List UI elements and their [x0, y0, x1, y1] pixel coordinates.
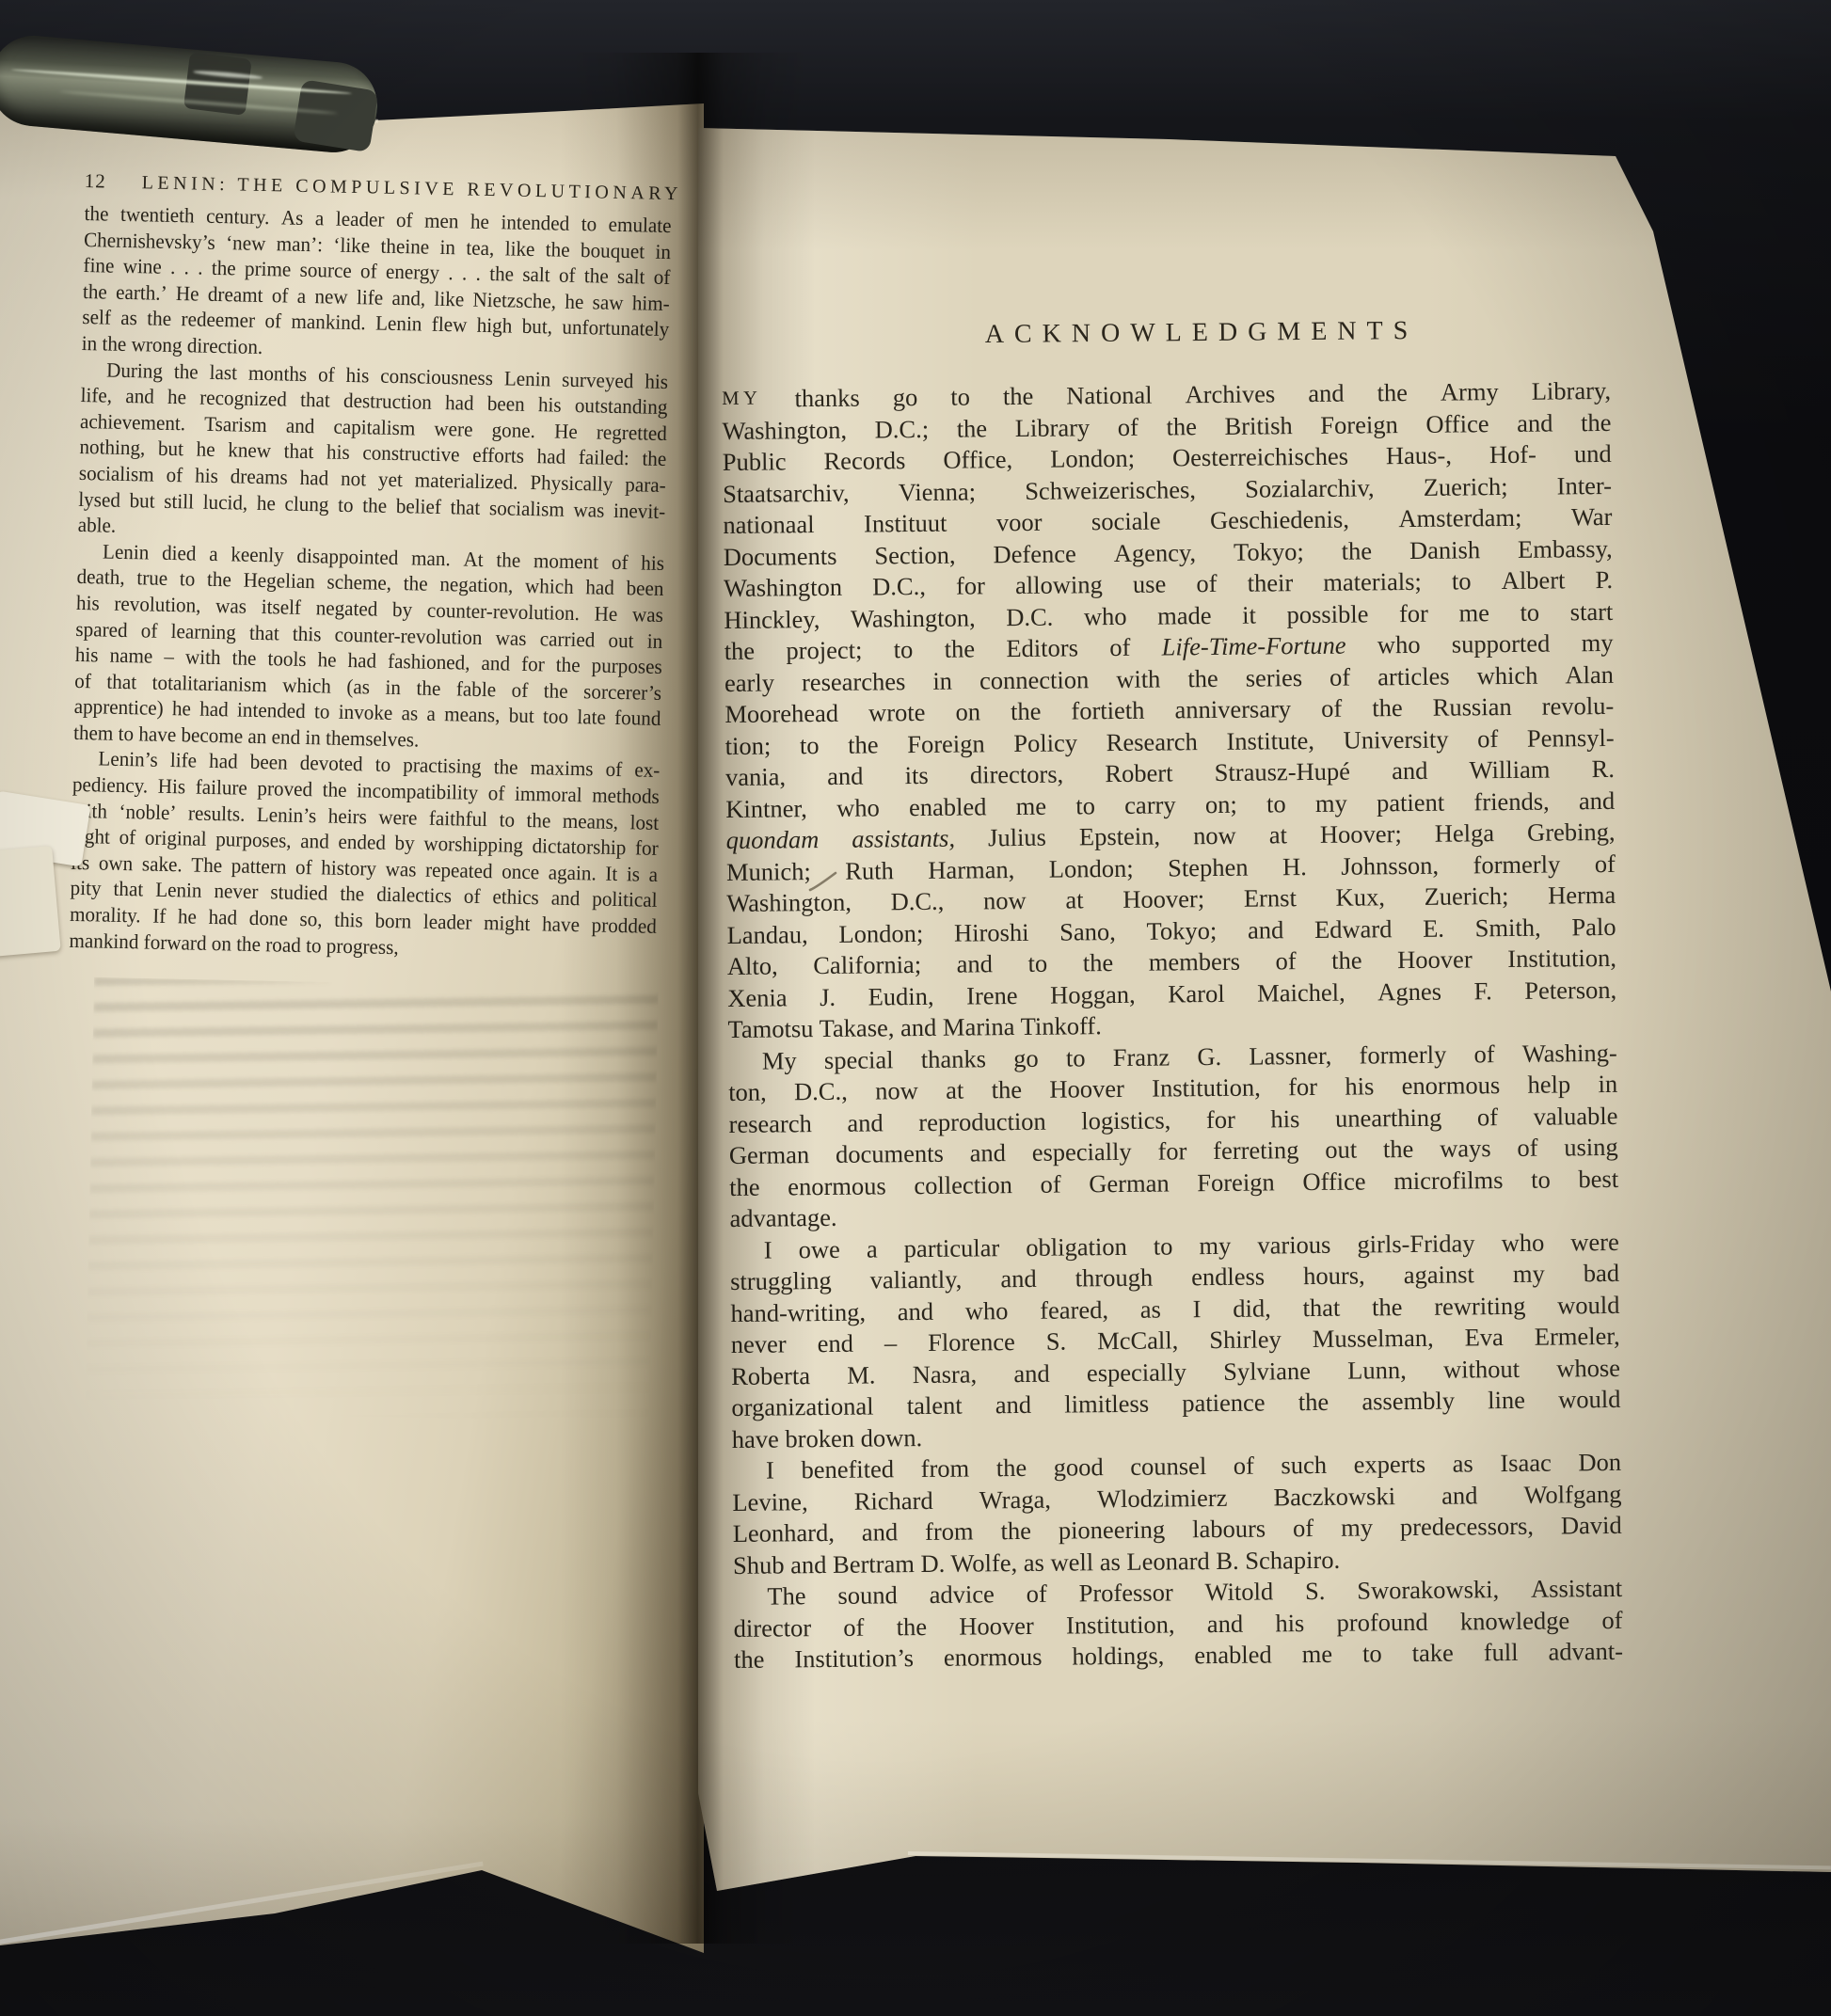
word: David [1561, 1510, 1622, 1542]
word: the [991, 1074, 1022, 1106]
word: Don [1578, 1447, 1621, 1479]
word: Grebing, [1527, 817, 1616, 849]
word: redeemer [181, 307, 255, 334]
word: Office [1302, 1166, 1366, 1198]
word: At [463, 546, 484, 572]
word: Leonard [1126, 1547, 1210, 1576]
word: members [1149, 946, 1240, 978]
word: experts [1353, 1449, 1425, 1481]
word: Musselman, [1313, 1323, 1434, 1356]
word: of [1595, 848, 1616, 880]
word: the [496, 547, 520, 573]
word: progress, [326, 933, 399, 959]
word: research [728, 1108, 812, 1140]
word: counter-revolution. [427, 597, 581, 627]
word: this [334, 907, 363, 933]
word: Zuerich; [1424, 470, 1508, 502]
word: my [1341, 1512, 1373, 1544]
word: D.C.; [875, 413, 930, 445]
word: and [1392, 755, 1428, 787]
word: of [843, 1611, 864, 1643]
word: flew [432, 311, 468, 338]
pencil-mark [807, 869, 839, 894]
word: he [178, 903, 198, 929]
word: my [1513, 1259, 1545, 1291]
word: enormous [944, 1642, 1043, 1675]
word: Wraga, [979, 1484, 1052, 1516]
word: achievement. [80, 408, 186, 437]
word: the [1342, 535, 1373, 567]
word: Wolfe, [950, 1548, 1017, 1578]
left-page: 12 LENIN: THE COMPULSIVE REVOLUTIONARY t… [0, 56, 704, 1987]
word: its [905, 760, 929, 792]
word: to [338, 491, 354, 517]
word: enormous [788, 1170, 886, 1203]
word: the [1581, 406, 1612, 438]
word: Agency, [1114, 537, 1197, 569]
word: anniversary [1174, 693, 1291, 726]
word: enormous [1402, 1070, 1501, 1103]
word: Shirley [1209, 1324, 1282, 1356]
word: the [734, 1644, 765, 1676]
word: ended [338, 829, 386, 856]
word: Sozialarchiv, [1245, 472, 1375, 505]
word: to [581, 211, 597, 237]
word: directors, [970, 759, 1064, 791]
word: line [1488, 1385, 1525, 1417]
word: the [546, 236, 570, 262]
word: and [790, 1549, 827, 1578]
word: life, [80, 382, 112, 408]
word: from [921, 1453, 970, 1485]
word: become [181, 722, 243, 747]
word: of [119, 824, 135, 850]
word: the [236, 931, 261, 956]
word: Takase, [819, 1013, 894, 1042]
word: of [653, 264, 670, 291]
word: mankind [69, 928, 138, 953]
word: it [1242, 599, 1256, 631]
word: ‘like [333, 231, 370, 258]
word: the [724, 636, 756, 668]
word: the [1083, 947, 1114, 979]
word: E. [1423, 913, 1444, 945]
word: he [317, 646, 337, 673]
word: Alto, [727, 950, 778, 982]
word: help [1527, 1069, 1570, 1101]
word: fine [83, 252, 114, 278]
word: who [965, 1295, 1009, 1327]
word: as [1100, 1547, 1121, 1575]
word: intended [501, 209, 569, 236]
word: and [847, 1107, 884, 1139]
word: practising [403, 753, 482, 780]
word: London; [1049, 852, 1134, 884]
word: Sylviane [1223, 1356, 1311, 1388]
word: researches [802, 666, 906, 699]
word: was [385, 856, 416, 882]
word: he [172, 695, 192, 722]
word: repeated [425, 857, 493, 884]
word: salt [617, 263, 645, 290]
word: knowledge [1460, 1605, 1570, 1638]
word: Amsterdam; [1398, 502, 1521, 535]
word: his [645, 368, 668, 394]
word: which [1476, 659, 1537, 691]
word: for [1157, 1135, 1186, 1167]
word: dictatorship [532, 833, 626, 861]
word: incompatibility [357, 777, 479, 805]
word: dialectics [376, 881, 452, 909]
page-number: 12 [84, 169, 106, 193]
word: results. [188, 800, 246, 827]
word: yet [378, 467, 403, 493]
word: Lenin [504, 365, 551, 392]
word: as [1453, 1448, 1473, 1480]
word: Hiroshi [954, 916, 1029, 948]
word: did, [1233, 1293, 1271, 1325]
word: on; [1205, 788, 1237, 820]
word: their [1247, 567, 1293, 599]
word: the [729, 1171, 760, 1203]
word: Richard [854, 1484, 933, 1516]
word: but [158, 436, 184, 462]
word: him- [632, 290, 670, 316]
word: and, [391, 285, 425, 311]
word: constructive [362, 440, 460, 468]
word: consciousness [380, 362, 493, 390]
word: me [1016, 790, 1047, 822]
word: regretted [597, 419, 668, 446]
word: William [1469, 754, 1550, 786]
word: sorcerer’s [583, 678, 661, 706]
word: Geschiedenis, [1210, 504, 1349, 537]
page-edge-sliver [0, 846, 61, 957]
word: proved [257, 775, 312, 802]
word: Munich; [726, 856, 811, 888]
word: in [647, 627, 663, 654]
word: of [166, 462, 183, 488]
word: and [957, 948, 994, 980]
word: especially [1032, 1136, 1132, 1169]
word: pediency. [72, 771, 149, 799]
word: talent [907, 1390, 963, 1422]
word: ferreting [1213, 1135, 1299, 1167]
word: G. [1197, 1040, 1221, 1072]
word: Levine, [732, 1486, 808, 1518]
word: have [138, 722, 176, 746]
paragraph: the twentieth century. As a leader of me… [82, 200, 672, 369]
word: Archives [1185, 378, 1275, 410]
word: source [299, 257, 352, 284]
word: possible [1286, 598, 1368, 630]
word: Harman, [928, 854, 1014, 886]
word: his [195, 462, 218, 488]
word: series [1246, 662, 1303, 694]
word: a [426, 701, 436, 727]
word: Leonhard, [733, 1517, 835, 1550]
word: Helga [1435, 818, 1495, 849]
word: S. [1046, 1326, 1067, 1358]
word: Karol [1168, 977, 1225, 1009]
word: but, [521, 313, 552, 340]
word: of [1293, 1513, 1314, 1545]
word: of [612, 549, 629, 576]
word: Alan [1565, 659, 1614, 691]
word: He [176, 280, 199, 307]
word: end [817, 1328, 853, 1360]
word: surveyed [562, 366, 634, 393]
word: Section, [874, 539, 955, 571]
word: predecessors, [1400, 1511, 1534, 1544]
word: Lenin’s [257, 802, 317, 829]
word: the [544, 677, 568, 704]
word: keenly [231, 541, 284, 568]
word: Oesterreichisches [1172, 441, 1348, 474]
word: of [488, 780, 505, 806]
word: take [1411, 1638, 1453, 1670]
word: had [299, 465, 328, 491]
running-title: LENIN: THE COMPULSIVE REVOLUTIONARY [141, 172, 682, 205]
word: and [827, 761, 864, 793]
word: from [925, 1516, 974, 1548]
word: to [1520, 596, 1539, 628]
word: Johnsson, [1341, 849, 1439, 881]
word: to [499, 806, 515, 833]
word: Hoover [959, 1610, 1034, 1642]
word: labours [1192, 1514, 1266, 1546]
word: University [1343, 723, 1448, 756]
word: of [511, 676, 528, 703]
word: and [1207, 1608, 1244, 1640]
word: unearthing [1335, 1102, 1442, 1135]
word: pioneering [1059, 1515, 1166, 1548]
paragraph: During the last months of his consciousn… [77, 357, 668, 550]
word: Physically [530, 469, 613, 497]
word: Julius [988, 822, 1046, 854]
word: my [1315, 787, 1347, 819]
word: Public [723, 446, 787, 478]
word: worshipping [423, 831, 523, 859]
word: Shub [733, 1550, 785, 1579]
word: now [1193, 820, 1236, 852]
word: salt [522, 262, 550, 288]
word: Institution, [1152, 1072, 1261, 1105]
word: friends, [1473, 786, 1550, 818]
word: found [614, 705, 661, 732]
word: the [642, 446, 666, 472]
word: the [1383, 1134, 1414, 1166]
word: Foreign [907, 728, 985, 760]
word: and [898, 1295, 934, 1327]
word: good [1054, 1452, 1104, 1484]
word: particular [904, 1232, 1000, 1264]
page-header: 12 LENIN: THE COMPULSIVE REVOLUTIONARY [84, 169, 691, 206]
word: died [162, 540, 197, 566]
word: is [627, 861, 641, 887]
word: prodded [591, 912, 657, 939]
word: If [152, 903, 167, 929]
word: Policy [1013, 727, 1077, 759]
word: He [554, 418, 578, 444]
word: as [120, 305, 137, 331]
word: of [1118, 411, 1138, 443]
word: but [508, 703, 534, 729]
word: who [1501, 1227, 1544, 1259]
word: still [164, 487, 194, 514]
word: sake. [142, 850, 183, 877]
word: the [584, 262, 609, 289]
word: down. [860, 1423, 922, 1452]
word: director [734, 1612, 812, 1644]
word: Instituut [864, 508, 947, 540]
word: death, [76, 564, 125, 591]
word: he [167, 384, 187, 410]
word: in [655, 238, 671, 264]
word: M. [847, 1359, 876, 1391]
word: Strausz-Hupé [1215, 756, 1351, 789]
word: to [374, 752, 390, 778]
word: Hegelian [243, 567, 315, 595]
word: and [995, 1389, 1032, 1421]
word: the [362, 492, 387, 518]
word: early [724, 667, 774, 699]
word: as [1024, 1548, 1044, 1576]
word: bad [1584, 1258, 1620, 1290]
word: life [170, 748, 198, 774]
word: rewriting [1434, 1290, 1525, 1322]
word: ‘noble’ [119, 799, 177, 826]
word: Edward [1314, 913, 1393, 945]
word: learning [170, 618, 236, 645]
word: Schweizerisches, [1025, 474, 1196, 507]
word: that [1302, 1292, 1340, 1324]
chapter-title: ACKNOWLEDGMENTS [755, 314, 1648, 352]
word: revolu- [1542, 691, 1615, 722]
word: Institution’s [794, 1643, 914, 1675]
word: I [764, 1234, 772, 1266]
word: had [445, 389, 474, 416]
word: the [340, 881, 364, 907]
word: in [305, 725, 321, 749]
word: D.C. [1006, 601, 1053, 633]
word: . [198, 255, 203, 281]
word: the [1298, 1387, 1329, 1419]
word: Lenin’s [98, 746, 158, 773]
word: leader [423, 909, 472, 936]
word: of [1601, 1604, 1622, 1636]
word: months [248, 359, 308, 387]
word: out [608, 627, 634, 653]
word: to [1531, 1164, 1551, 1196]
word: articles [1377, 660, 1450, 692]
word: to [1066, 1042, 1086, 1074]
word: energy [386, 259, 440, 286]
word: the [996, 1452, 1027, 1484]
word: theine [380, 232, 429, 260]
word: Lunn, [1347, 1355, 1407, 1387]
word: would [1557, 1289, 1620, 1321]
word: advant- [1548, 1636, 1623, 1668]
word: the [493, 754, 517, 781]
word: the [84, 200, 108, 227]
word: for [1288, 1071, 1317, 1103]
book-photo: 12 LENIN: THE COMPULSIVE REVOLUTIONARY t… [0, 0, 1831, 2016]
word: invoke [339, 699, 393, 726]
word: As [281, 204, 304, 230]
word: devoted [299, 750, 362, 777]
word: end [271, 724, 300, 749]
word: immoral [515, 781, 582, 808]
word: made [1157, 600, 1212, 632]
word: assistants, [852, 823, 955, 856]
word: I [766, 1455, 774, 1487]
word: Army [1441, 376, 1499, 408]
word: tea, [466, 234, 494, 261]
word: Lassner, [1249, 1040, 1331, 1071]
word: tools [267, 645, 307, 672]
word: Danish [1409, 534, 1480, 566]
word: done [249, 905, 289, 931]
word: true [136, 565, 167, 592]
word: at [946, 1075, 963, 1107]
paragraph: Lenin died a keenly disappointed man. At… [73, 538, 664, 758]
word: Tokyo; [1146, 914, 1217, 946]
word: and [1579, 785, 1616, 817]
word: had [347, 647, 376, 674]
word: Russian [1433, 691, 1512, 723]
word: gone. [491, 417, 535, 444]
word: Hof- [1489, 439, 1536, 471]
word: Institution, [1507, 943, 1616, 976]
word: Inter- [1557, 469, 1613, 501]
word: start [1570, 595, 1614, 627]
word: feared, [1040, 1294, 1108, 1326]
word: leader [336, 206, 385, 233]
word: Lenin [375, 310, 422, 338]
word: once [502, 858, 539, 884]
word: would [1558, 1384, 1621, 1416]
word: to [1266, 788, 1286, 820]
word: dreams [230, 463, 288, 490]
word: were [1570, 1226, 1619, 1258]
word: this [293, 620, 322, 646]
word: especially [1087, 1357, 1186, 1389]
word: Witold [1204, 1576, 1273, 1608]
word: of [1196, 568, 1217, 600]
word: special [824, 1044, 894, 1076]
word: inevit- [613, 497, 666, 524]
word: hand-writing, [730, 1296, 866, 1329]
word: as [1140, 1294, 1161, 1325]
right-page-body: MY thanks go to the National Archives an… [722, 375, 1623, 1676]
word: Stephen [1168, 851, 1249, 883]
word: to [950, 381, 970, 413]
word: life [357, 284, 384, 310]
word: in [439, 234, 455, 261]
word: Zuerich; [1424, 881, 1508, 913]
word: of [1109, 632, 1130, 664]
right-page: ACKNOWLEDGMENTS MY thanks go to the Nati… [698, 90, 1831, 1908]
word: negated [315, 595, 377, 622]
word: the [1331, 945, 1362, 976]
word: the [147, 306, 171, 332]
word: Florence [928, 1326, 1015, 1358]
word: his [538, 391, 562, 418]
word: limitless [1064, 1389, 1149, 1421]
word: and [1441, 1480, 1478, 1512]
word: War [1571, 501, 1613, 533]
